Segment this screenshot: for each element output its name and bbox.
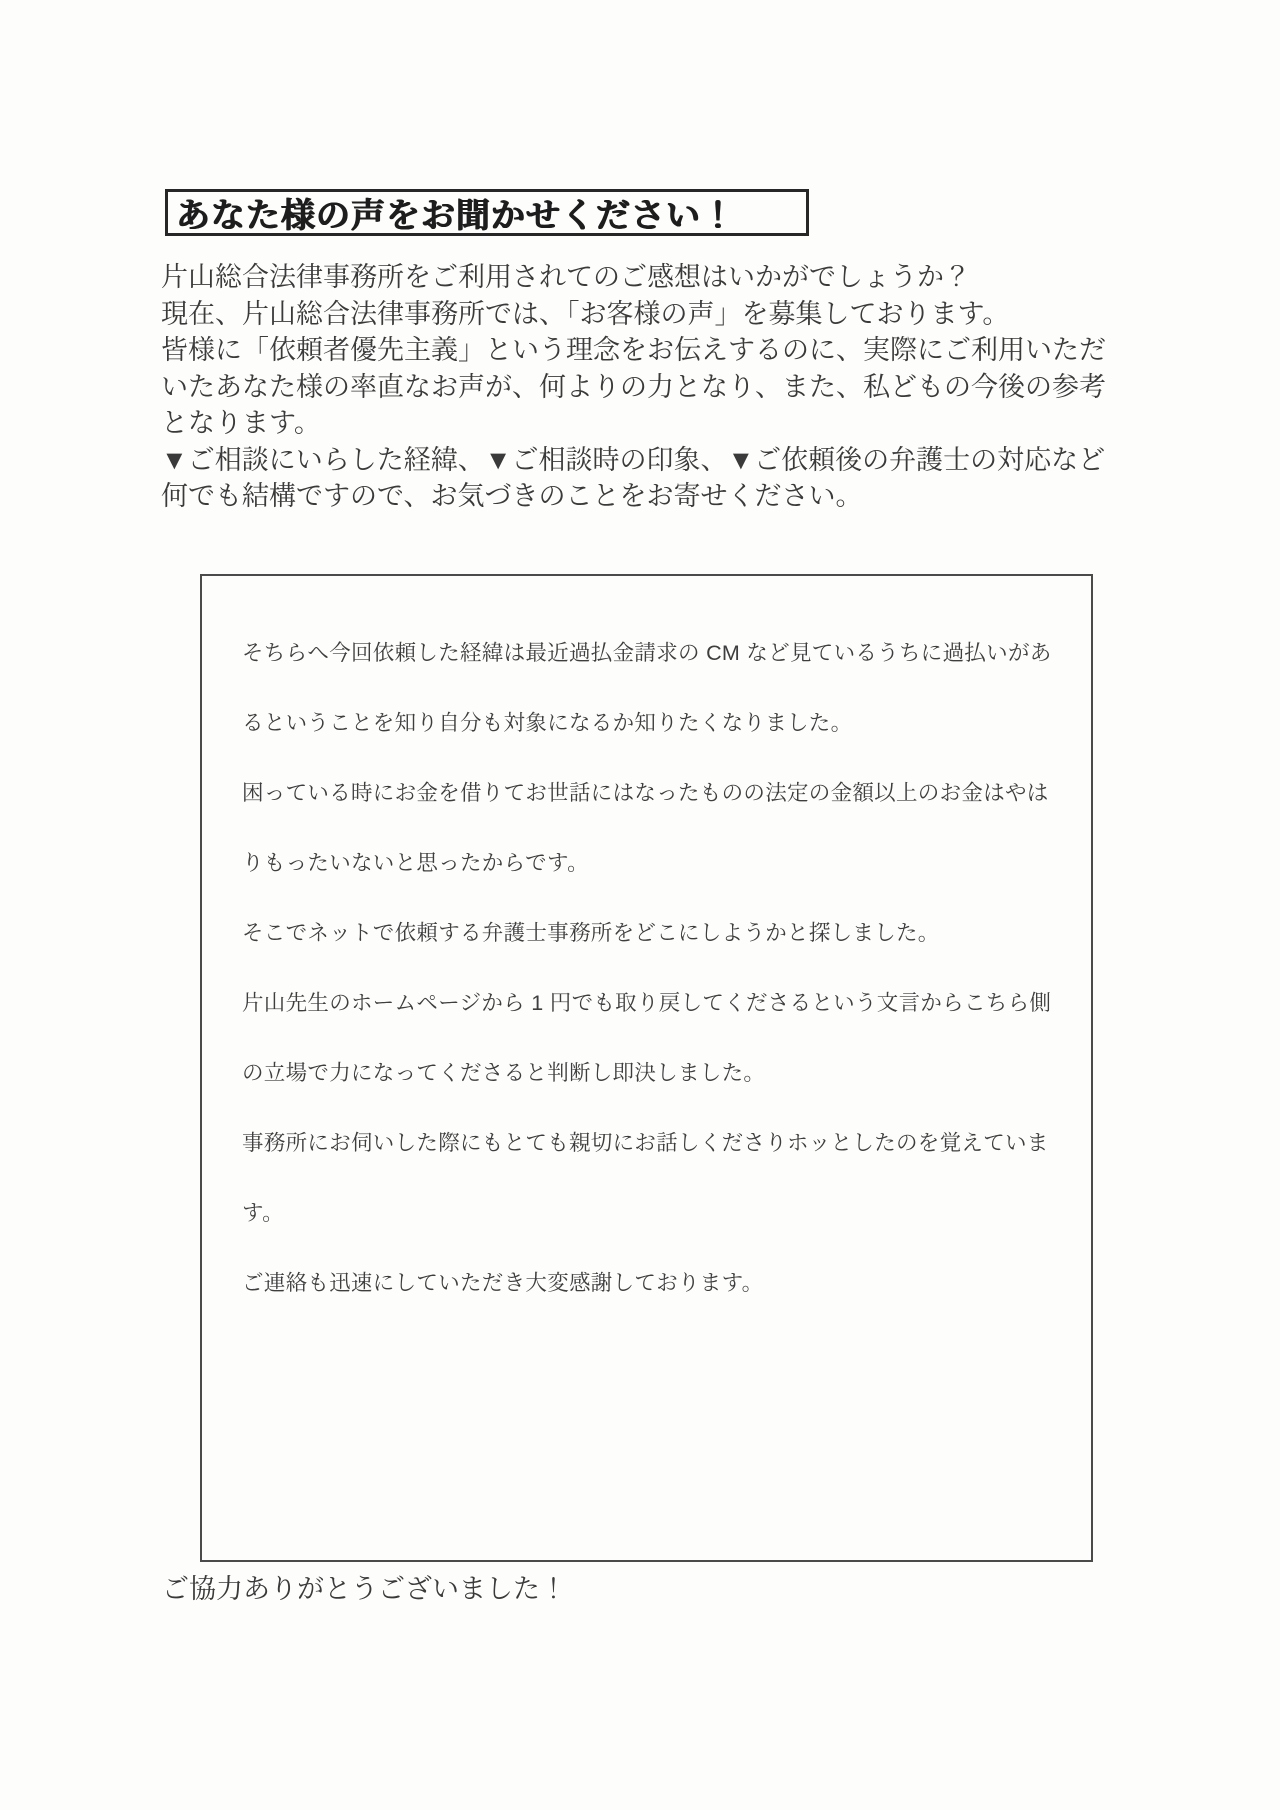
intro-line: 片山総合法律事務所をご利用されてのご感想はいかがでしょうか？	[161, 259, 1151, 296]
scanned-feedback-document: あなた様の声をお聞かせください！ 片山総合法律事務所をご利用されてのご感想はいか…	[0, 0, 1280, 1810]
feedback-box: そちらへ今回依頼した経緯は最近過払金請求の CM など見ているうちに過払いがあ …	[200, 574, 1093, 1562]
feedback-line: るということを知り自分も対象になるか知りたくなりました。	[242, 688, 1071, 758]
feedback-line: ご連絡も迅速にしていただき大変感謝しております。	[242, 1248, 1071, 1318]
intro-line: ▼ご相談にいらした経緯、▼ご相談時の印象、▼ご依頼後の弁護士の対応など	[161, 442, 1151, 479]
page-title: あなた様の声をお聞かせください！	[176, 188, 736, 237]
closing-text: ご協力ありがとうございました！	[162, 1567, 567, 1606]
feedback-line: す。	[242, 1178, 1071, 1248]
feedback-line: そこでネットで依頼する弁護士事務所をどこにしようかと探しました。	[242, 898, 1071, 968]
intro-line: 現在、片山総合法律事務所では、「お客様の声」を募集しております。	[161, 296, 1151, 333]
feedback-line: そちらへ今回依頼した経緯は最近過払金請求の CM など見ているうちに過払いがあ	[242, 618, 1071, 688]
intro-line: となります。	[161, 405, 1151, 442]
intro-paragraph: 片山総合法律事務所をご利用されてのご感想はいかがでしょうか？ 現在、片山総合法律…	[161, 259, 1151, 515]
intro-line: 何でも結構ですので、お気づきのことをお寄せください。	[161, 478, 1151, 515]
feedback-line: 事務所にお伺いした際にもとても親切にお話しくださりホッとしたのを覚えていま	[242, 1108, 1071, 1178]
intro-line: いたあなた様の率直なお声が、何よりの力となり、また、私どもの今後の参考	[161, 369, 1151, 406]
title-box: あなた様の声をお聞かせください！	[165, 189, 809, 236]
feedback-line: りもったいないと思ったからです。	[242, 828, 1071, 898]
feedback-line: 片山先生のホームページから 1 円でも取り戻してくださるという文言からこちら側	[242, 968, 1071, 1038]
feedback-line: の立場で力になってくださると判断し即決しました。	[242, 1038, 1071, 1108]
feedback-line: 困っている時にお金を借りてお世話にはなったものの法定の金額以上のお金はやは	[242, 758, 1071, 828]
intro-line: 皆様に「依頼者優先主義」という理念をお伝えするのに、実際にご利用いただ	[161, 332, 1151, 369]
